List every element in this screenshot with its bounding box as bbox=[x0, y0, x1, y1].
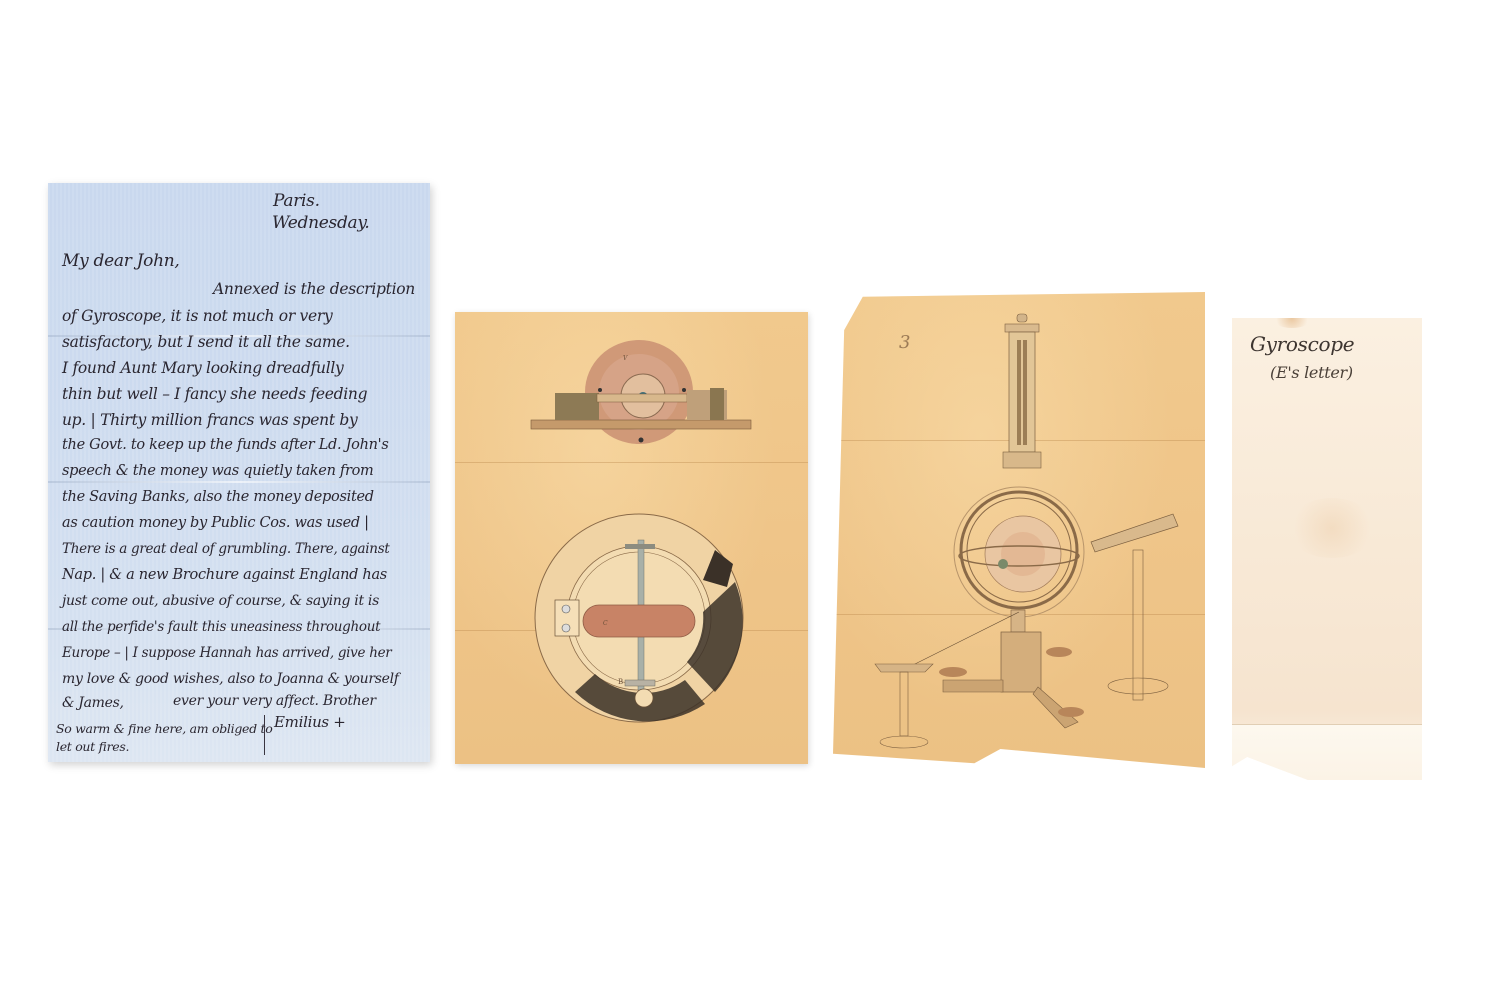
letter-line: the Govt. to keep up the funds after Ld.… bbox=[62, 437, 389, 453]
stain bbox=[1272, 308, 1312, 328]
gyroscope-drawing-plan-view: V C B bbox=[455, 312, 808, 764]
letter-postscript: let out fires. bbox=[56, 739, 129, 754]
letter-place: Paris. bbox=[273, 191, 320, 211]
annotated-envelope: Gyroscope (E's letter) bbox=[1232, 318, 1422, 780]
letter-line: I found Aunt Mary looking dreadfully bbox=[62, 359, 344, 377]
letter-line: Nap. | & a new Brochure against England … bbox=[62, 567, 387, 583]
letter-line: & James, bbox=[62, 695, 124, 711]
label-c: C bbox=[603, 620, 608, 627]
letter-closing: ever your very affect. Brother bbox=[173, 693, 376, 709]
envelope-title: Gyroscope bbox=[1250, 332, 1354, 356]
gyroscope-drawing-elevation: 3 bbox=[833, 292, 1205, 768]
letter-salutation: My dear John, bbox=[62, 251, 179, 271]
label-v: V bbox=[623, 355, 628, 362]
envelope-flap bbox=[1232, 724, 1422, 780]
stain bbox=[1287, 498, 1377, 558]
divider-mark bbox=[264, 715, 265, 755]
letter-signature: Emilius + bbox=[274, 713, 346, 731]
label-b: B bbox=[618, 678, 623, 686]
letter-day: Wednesday. bbox=[272, 213, 370, 233]
letter-line: the Saving Banks, also the money deposit… bbox=[62, 489, 374, 505]
letter-line: up. | Thirty million francs was spent by bbox=[62, 411, 357, 429]
letter-line: Europe – | I suppose Hannah has arrived,… bbox=[62, 645, 391, 661]
letter-line: of Gyroscope, it is not much or very bbox=[62, 307, 332, 325]
letter-line: Annexed is the description bbox=[213, 280, 415, 298]
letter-postscript: So warm & fine here, am obliged to bbox=[56, 721, 272, 736]
gyroscope-illustration bbox=[833, 292, 1205, 768]
fold-crease bbox=[48, 481, 430, 483]
envelope-subtitle: (E's letter) bbox=[1270, 363, 1353, 382]
letter-line: thin but well – I fancy she needs feedin… bbox=[62, 385, 367, 403]
gyroscope-illustration: V C B bbox=[455, 312, 808, 764]
letter-line: speech & the money was quietly taken fro… bbox=[62, 463, 374, 479]
letter-line: my love & good wishes, also to Joanna & … bbox=[62, 671, 399, 687]
photo-scene: Paris. Wednesday. My dear John, Annexed … bbox=[0, 0, 1500, 1000]
letter-line: all the perfide's fault this uneasiness … bbox=[62, 619, 380, 635]
letter-line: just come out, abusive of course, & sayi… bbox=[62, 593, 379, 609]
letter-line: as caution money by Public Cos. was used… bbox=[62, 515, 369, 531]
letter-line: satisfactory, but I send it all the same… bbox=[62, 333, 350, 351]
letter-line: There is a great deal of grumbling. Ther… bbox=[62, 541, 389, 557]
handwritten-letter: Paris. Wednesday. My dear John, Annexed … bbox=[48, 183, 430, 762]
